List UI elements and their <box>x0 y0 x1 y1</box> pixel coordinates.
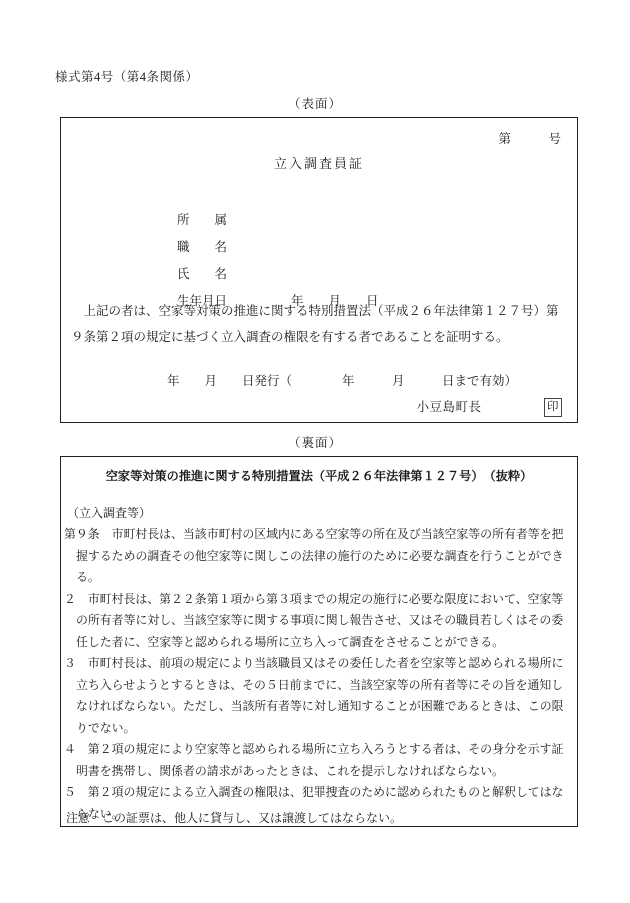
back-card: 空家等対策の推進に関する特別措置法（平成２６年法律第１２７号） （抜粋） （立入… <box>60 456 578 827</box>
field-row-affiliation: 所 属 <box>152 180 567 207</box>
affiliation-label: 所 属 <box>177 213 227 227</box>
card-number-line: 第 号 <box>498 132 561 146</box>
seal-box: 印 <box>544 398 563 417</box>
front-side-label: （表面） <box>0 97 630 111</box>
front-card: 第 号 立入調査員証 所 属 職 名 氏 名 生年月日年 月 日 上記の者は、空… <box>60 117 578 423</box>
signer-line: 小豆島町長 印 <box>416 398 562 417</box>
card-title: 立入調査員証 <box>61 157 577 171</box>
back-side-label: （裏面） <box>0 436 630 450</box>
issue-date-line: 年 月 日発行（ 年 月 日まで有効） <box>167 374 517 388</box>
articles: 第９条 市町村長は、当該市町村の区域内にある空家等の所在及び当該空家等の所有者等… <box>64 524 575 825</box>
document-page: 様式第4号（第4条関係） （表面） 第 号 立入調査員証 所 属 職 名 氏 名… <box>0 0 630 903</box>
section-heading: （立入調査等） <box>67 506 151 520</box>
article-9-paragraph-2: ２ 市町村長は、第２２条第１項から第３項までの規定の施行に必要な限度において、空… <box>64 589 575 654</box>
certification-text: 上記の者は、空家等対策の推進に関する特別措置法（平成２６年法律第１２７号）第９条… <box>71 298 565 350</box>
caution-note: 注意 この証票は、他人に貸与し、又は譲渡してはならない。 <box>66 811 573 825</box>
article-9-paragraph-4: ４ 第２項の規定により空家等と認められる場所に立ち入ろうとする者は、その身分を示… <box>64 739 575 782</box>
article-9-paragraph-1: 第９条 市町村長は、当該市町村の区域内にある空家等の所在及び当該空家等の所有者等… <box>64 524 575 589</box>
article-9-paragraph-3: ３ 市町村長は、前項の規定により当該職員又はその委任した者を空家等と認められる場… <box>64 653 575 739</box>
form-number-label: 様式第4号（第4条関係） <box>55 70 199 84</box>
name-label: 氏 名 <box>177 267 227 281</box>
issuer-name: 小豆島町長 <box>416 400 481 414</box>
job-title-label: 職 名 <box>177 240 227 254</box>
law-title: 空家等対策の推進に関する特別措置法（平成２６年法律第１２７号） （抜粋） <box>61 469 577 483</box>
field-rows: 所 属 職 名 氏 名 生年月日年 月 日 <box>152 180 567 288</box>
